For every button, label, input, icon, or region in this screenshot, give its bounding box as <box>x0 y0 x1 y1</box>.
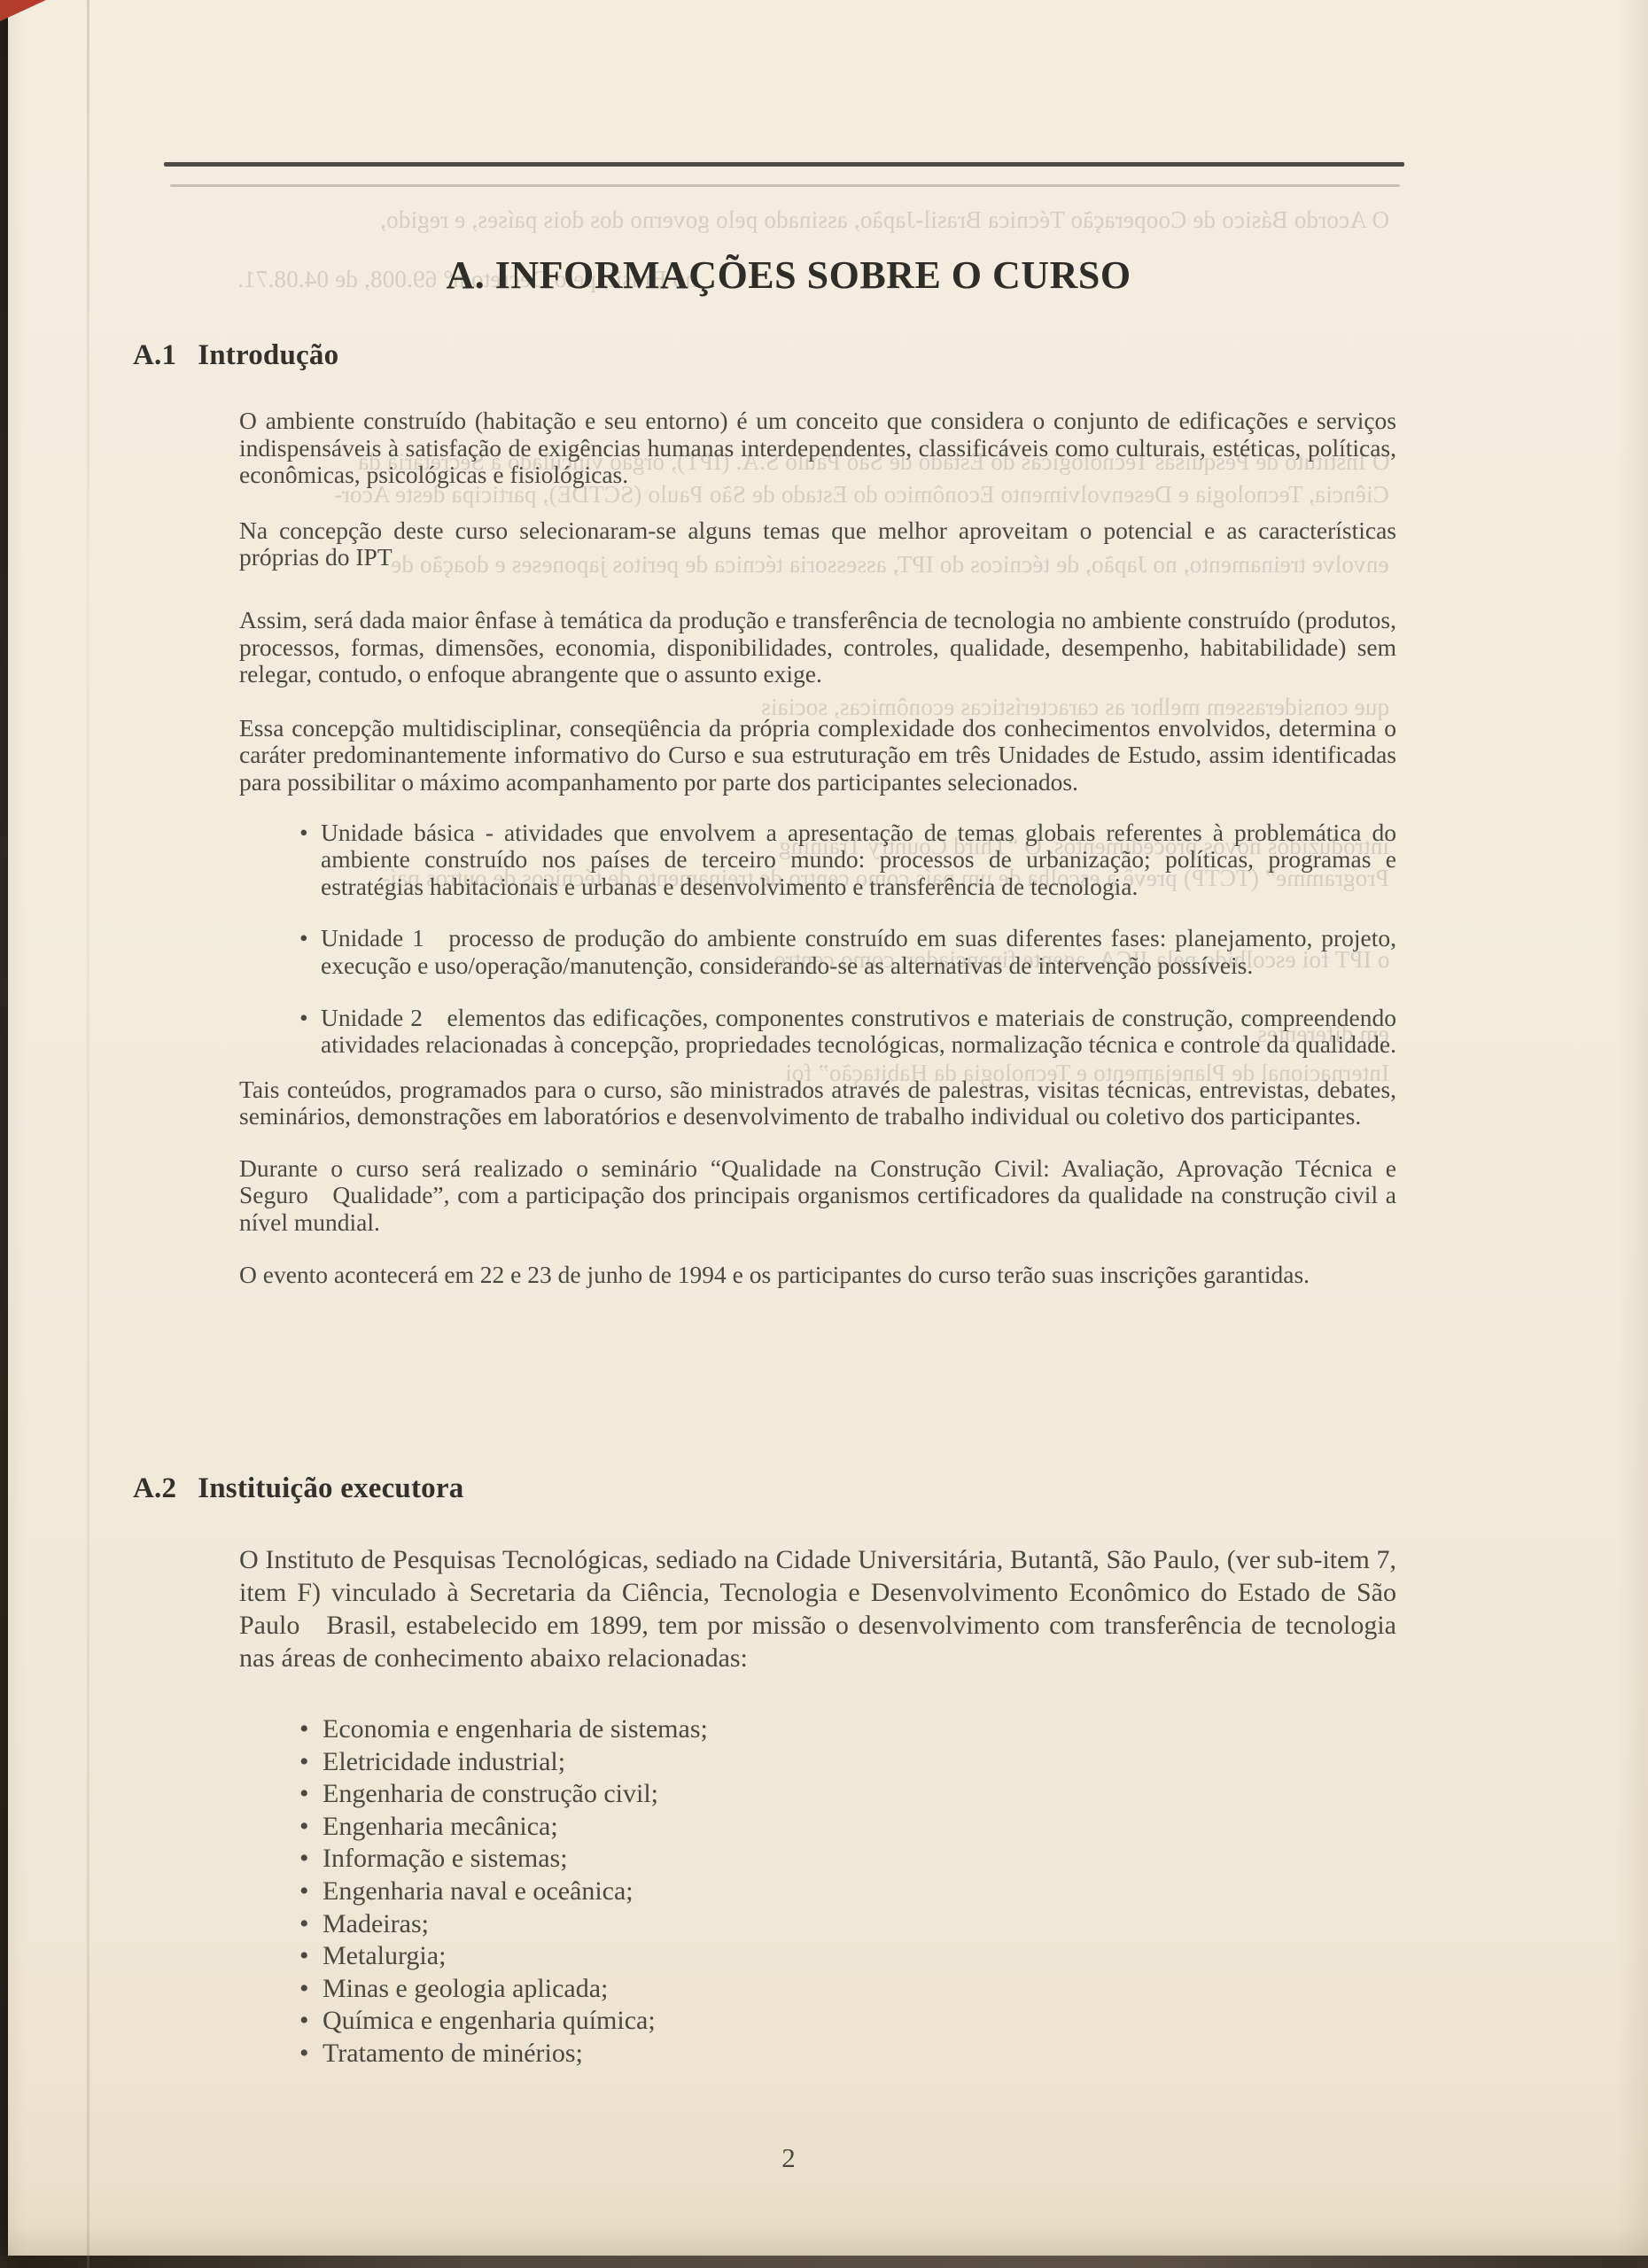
paragraph: O evento acontecerá em 22 e 23 de junho … <box>239 1262 1396 1289</box>
section-title: Instituição executora <box>198 1472 463 1505</box>
study-units-list: Unidade básica - atividades que envolvem… <box>239 819 1396 1059</box>
page-crease <box>87 0 89 2268</box>
red-corner-mark <box>0 0 46 21</box>
header-rule <box>164 162 1404 167</box>
paragraph: O ambiente construído (habitação e seu e… <box>239 408 1396 489</box>
list-item: Engenharia naval e oceânica; <box>298 1876 1396 1908</box>
page-number: 2 <box>727 2142 851 2174</box>
section-a2-body: O Instituto de Pesquisas Tecnológicas, s… <box>239 1543 1396 2070</box>
paragraph: Na concepção deste curso selecionaram-se… <box>239 517 1396 571</box>
paragraph: Tais conteúdos, programados para o curso… <box>239 1076 1396 1130</box>
list-item: Minas e geologia aplicada; <box>298 1973 1396 2006</box>
list-item: Química e engenharia química; <box>298 2005 1396 2038</box>
scan-edge-bottom <box>0 2256 1648 2268</box>
section-number: A.1 <box>133 339 176 372</box>
bleedthrough-line: O Acordo Básico de Cooperação Técnica Br… <box>380 206 1389 234</box>
paragraph: O Instituto de Pesquisas Tecnológicas, s… <box>239 1543 1396 1674</box>
list-item: Engenharia mecânica; <box>298 1811 1396 1844</box>
list-item: Economia e engenharia de sistemas; <box>298 1713 1396 1746</box>
section-title: Introdução <box>198 339 338 372</box>
scan-edge-left <box>0 0 8 2268</box>
list-item: Eletricidade industrial; <box>298 1746 1396 1779</box>
page-title: A. INFORMAÇÕES SOBRE O CURSO <box>0 252 1577 298</box>
scanned-page: O Acordo Básico de Cooperação Técnica Br… <box>0 0 1648 2268</box>
section-a1-body: O ambiente construído (habitação e seu e… <box>239 408 1396 1288</box>
section-a1-heading: A.1 Introdução <box>133 339 338 372</box>
paragraph: Essa concepção multidisciplinar, conseqü… <box>239 715 1396 796</box>
list-item: Tratamento de minérios; <box>298 2038 1396 2070</box>
paragraph: Assim, será dada maior ênfase à temática… <box>239 607 1396 688</box>
list-item: Metalurgia; <box>298 1940 1396 1973</box>
header-rule-shadow <box>170 184 1400 187</box>
list-item: Informação e sistemas; <box>298 1843 1396 1876</box>
list-item: Unidade 1 processo de produção do ambien… <box>298 925 1396 979</box>
section-a2-heading: A.2 Instituição executora <box>133 1472 463 1505</box>
list-item: Unidade básica - atividades que envolvem… <box>298 819 1396 901</box>
knowledge-areas-list: Economia e engenharia de sistemas; Eletr… <box>239 1713 1396 2070</box>
list-item: Madeiras; <box>298 1908 1396 1941</box>
list-item: Unidade 2 elementos das edificações, com… <box>298 1005 1396 1059</box>
section-number: A.2 <box>133 1472 176 1505</box>
list-item: Engenharia de construção civil; <box>298 1778 1396 1811</box>
paragraph: Durante o curso será realizado o seminár… <box>239 1155 1396 1237</box>
